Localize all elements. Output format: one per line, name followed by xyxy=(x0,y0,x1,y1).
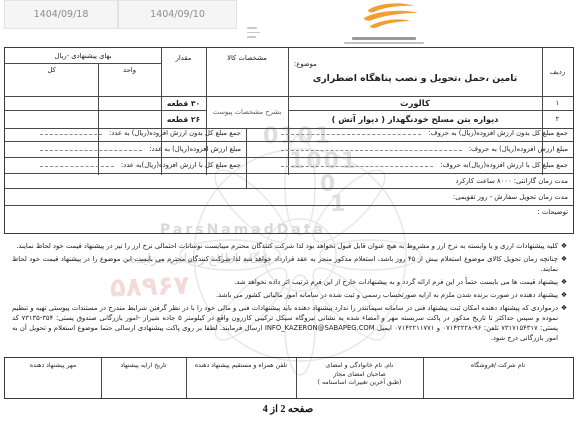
guarantee-row: مدت زمان گارانتی: ۸۰۰۰ ساعت کارکرد xyxy=(246,173,573,188)
sum-no-vat-words: جمع مبلغ کل بدون ارزش افزوده(ریال) به حر… xyxy=(246,128,573,141)
diamond-bullet-icon: ❖ xyxy=(558,254,570,274)
term-item-5: ❖ درمواردی که پیشنهاد دهنده امکان ثبت پی… xyxy=(6,303,570,343)
total-price-label: کل xyxy=(47,66,55,74)
sum-no-vat-digits: جمع مبلغ کل بدون ارزش افزوده(ریال) به عد… xyxy=(5,128,246,141)
item1-name-cell: کالورت xyxy=(288,96,542,110)
term-item-2: ❖ چنانچه زمان تحویل کالای موضوع استعلام … xyxy=(6,254,570,274)
margin-note-lines xyxy=(247,27,260,38)
diamond-bullet-icon: ❖ xyxy=(558,241,570,251)
term-text-2: چنانچه زمان تحویل کالای موضوع استعلام بی… xyxy=(6,254,558,274)
bidder-phone-cell: تلفن همراه و مستقیم پیشنهاد دهنده xyxy=(186,358,296,398)
tender-inquiry-document: 0101 1001 0 1 ParsNamadData پایگاه اطلاع… xyxy=(0,0,576,441)
item2-name-cell: دیواره بتن مسلح خودنگهدار ( دیوار آتش ) xyxy=(288,110,542,128)
diamond-bullet-icon: ❖ xyxy=(558,303,570,343)
company-name-cell: نام شرکت /فروشگاه xyxy=(423,358,573,398)
sum-with-vat-words-label: جمع مبلغ کل با ارزش افزوده(ریال)به حروف: xyxy=(440,161,568,169)
subject-title: تامین ،حمل ،تحویل و نصب پناهگاه اضطراری xyxy=(294,73,536,84)
vat-amount-words: مبلغ ارزش افزوده(ریال) به حروف: xyxy=(246,141,573,157)
authorized-signatories-cell: نام, نام خانوادگی و امضای صاحبان امضای م… xyxy=(296,358,423,398)
vat-amount-digits: مبلغ ارزش افزوده(ریال) به عدد: xyxy=(5,141,246,157)
due-date-cell: 1404/09/18 xyxy=(4,0,118,29)
item1-row-number: ۱ xyxy=(542,96,573,110)
specs-note: بشرح مشخصات پیوست xyxy=(213,108,282,116)
price-group-label: بهای پیشنهادی -ریال xyxy=(55,52,112,60)
proposal-date-label: تاریخ ارایه پیشنهاد xyxy=(120,362,166,371)
diamond-bullet-icon: ❖ xyxy=(558,290,570,300)
fill-in-line xyxy=(281,166,433,167)
delivery-time-label: مدت زمان تحویل سفارش - روز تقویمی: xyxy=(453,193,568,201)
fill-in-line xyxy=(40,150,142,151)
term-text-1: کلیه پیشنهادات ارزی و یا وابسته به نرخ ا… xyxy=(6,241,558,251)
terms-list: ❖ کلیه پیشنهادات ارزی و یا وابسته به نرخ… xyxy=(6,241,570,346)
guarantee-label: مدت زمان گارانتی: ۸۰۰۰ ساعت کارکرد xyxy=(456,177,568,185)
header-qty: مقدار xyxy=(161,48,206,96)
company-logo xyxy=(338,2,430,44)
vat-amount-digits-label: مبلغ ارزش افزوده(ریال) به عدد: xyxy=(149,145,241,153)
sum-with-vat-digits-label: جمع مبلغ کل با ارزش افزوده(ریال)به عدد: xyxy=(121,161,241,169)
term-text-4: پیشنهاد دهنده در صورت برنده شدن ملزم به … xyxy=(6,290,558,300)
bidder-phone-label: تلفن همراه و مستقیم پیشنهاد دهنده xyxy=(195,362,287,371)
fill-in-line xyxy=(40,134,102,135)
fill-in-line xyxy=(281,134,421,135)
page-number: صفحه 2 از 4 xyxy=(0,404,576,415)
vat-amount-words-label: مبلغ ارزش افزوده(ریال) به حروف: xyxy=(469,145,568,153)
header-row-number: ردیف xyxy=(542,48,573,96)
item1-qty: ۳۰ قطعه xyxy=(167,99,200,108)
sum-with-vat-digits: جمع مبلغ کل با ارزش افزوده(ریال)به عدد: xyxy=(5,157,246,173)
unit-price-label: واحد xyxy=(123,66,136,74)
signatories-line2: صاحبان امضای مجاز xyxy=(333,371,386,380)
header-unit-price: واحد xyxy=(98,63,161,96)
sum-with-vat-words: جمع مبلغ کل با ارزش افزوده(ریال)به حروف: xyxy=(246,157,573,173)
logo-caption-line-2 xyxy=(344,42,424,44)
item1-name: کالورت xyxy=(400,98,430,108)
bidder-seal-label: مهر پیشنهاد دهنده xyxy=(30,362,76,371)
bidder-seal-cell: مهر پیشنهاد دهنده xyxy=(5,358,101,398)
notes-row: توضیحات : xyxy=(5,205,573,233)
fill-in-line xyxy=(281,150,462,151)
order-items-table: ردیف موضوع: تامین ،حمل ،تحویل و نصب پناه… xyxy=(4,47,574,234)
sum-no-vat-digits-label: جمع مبلغ کل بدون ارزش افزوده(ریال) به عد… xyxy=(109,129,241,137)
term-item-3: ❖ پیشنهاد قیمت ها می بایست حتماً در این … xyxy=(6,277,570,287)
term-item-4: ❖ پیشنهاد دهنده در صورت برنده شدن ملزم ب… xyxy=(6,290,570,300)
sum-no-vat-words-label: جمع مبلغ کل بدون ارزش افزوده(ریال) به حر… xyxy=(428,129,568,137)
signature-table: نام شرکت /فروشگاه نام, نام خانوادگی و ام… xyxy=(4,357,574,399)
header-total-price: کل xyxy=(5,63,98,96)
proposal-date-cell: تاریخ ارایه پیشنهاد xyxy=(101,358,186,398)
header-specs: مشخصات کالا xyxy=(206,48,288,96)
subject-label: موضوع: xyxy=(294,60,317,68)
diamond-bullet-icon: ❖ xyxy=(558,277,570,287)
term-text-3: پیشنهاد قیمت ها می بایست حتماً در این فر… xyxy=(6,277,558,287)
orange-swoosh-logo-icon xyxy=(338,2,430,32)
specs-note-cell: بشرح مشخصات پیوست xyxy=(206,96,288,128)
row-number-label: ردیف xyxy=(550,68,565,76)
header-subject: موضوع: تامین ،حمل ،تحویل و نصب پناهگاه ا… xyxy=(288,48,542,96)
signatories-line3: (طبق آخرین تغییرات اساسنامه ) xyxy=(318,379,402,388)
header-price-group: بهای پیشنهادی -ریال xyxy=(5,48,161,63)
publish-date-cell: 1404/09/10 xyxy=(118,0,237,29)
term-item-1: ❖ کلیه پیشنهادات ارزی و یا وابسته به نرخ… xyxy=(6,241,570,251)
specs-column-label: مشخصات کالا xyxy=(227,54,267,62)
qty-column-label: مقدار xyxy=(176,54,192,62)
logo-caption-line-1 xyxy=(352,37,416,40)
notes-label: توضیحات : xyxy=(537,208,568,216)
item2-qty: ۲۶ قطعه xyxy=(167,115,200,124)
item2-row-number: ۲ xyxy=(542,110,573,128)
item2-name: دیواره بتن مسلح خودنگهدار ( دیوار آتش ) xyxy=(332,114,499,124)
delivery-time-row: مدت زمان تحویل سفارش - روز تقویمی: xyxy=(5,188,573,205)
fill-in-line xyxy=(40,166,114,167)
term-text-5: درمواردی که پیشنهاد دهنده امکان ثبت پیشن… xyxy=(6,303,558,343)
item1-qty-cell: ۳۰ قطعه xyxy=(161,96,206,110)
company-name-label: نام شرکت /فروشگاه xyxy=(471,362,525,371)
signatories-line1: نام, نام خانوادگی و امضای xyxy=(325,362,393,371)
item1-no: ۱ xyxy=(556,99,560,107)
item2-no: ۲ xyxy=(556,115,560,123)
item2-qty-cell: ۲۶ قطعه xyxy=(161,110,206,128)
